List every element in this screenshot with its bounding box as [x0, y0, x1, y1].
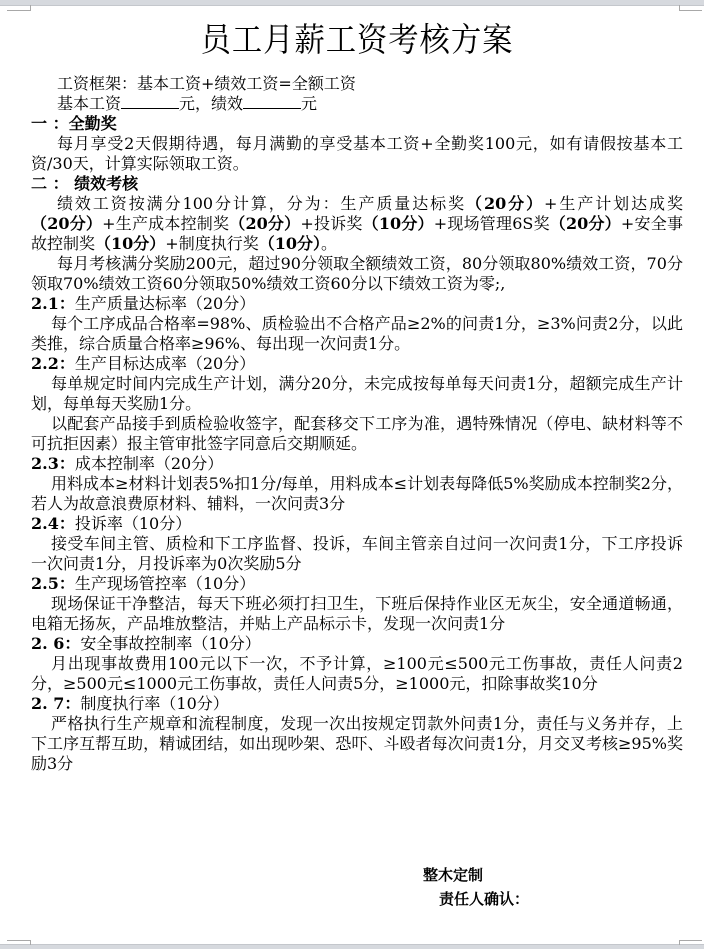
item-paragraph: 严格执行生产规章和流程制度，发现一次出按规定罚款外问责1分，责任与义务并存，上下…: [31, 714, 683, 774]
intro-text: +制度执行奖: [165, 234, 258, 253]
item-heading: 2.2：生产目标达成率（20分）: [31, 354, 683, 374]
item-paragraph: 用料成本≥材料计划表5%扣1分/每单，用料成本≤计划表每降低5%奖励成本控制奖2…: [31, 474, 683, 514]
item-heading: 2. 6：安全事故控制率（10分）: [31, 634, 683, 654]
score-weight: （20分）: [550, 214, 621, 233]
score-weight: （20分）: [229, 214, 300, 233]
item-title: 成本控制率（20分）: [75, 454, 223, 473]
intro-text: 。: [321, 234, 337, 253]
score-weight: （20分）: [31, 214, 102, 233]
unit-label: 元: [301, 94, 317, 113]
score-weight: （10分）: [95, 234, 165, 253]
score-weight: （10分）: [259, 234, 321, 253]
section-2-intro: 绩效工资按满分100分计算，分为：生产质量达标奖（20分）+生产计划达成奖（20…: [31, 194, 683, 254]
window-top-bar: [0, 0, 704, 6]
item-number: 2.4：: [31, 514, 75, 533]
item-paragraph: 月出现事故费用100元以下一次，不予计算，≥100元≤500元工伤事故，责任人问…: [31, 654, 683, 694]
intro-text: +生产计划达成奖: [544, 194, 683, 213]
item-title: 制度执行率（10分）: [80, 694, 228, 713]
item-number: 2.3：: [31, 454, 75, 473]
item-title: 生产质量达标率（20分）: [75, 294, 255, 313]
base-salary-label: 基本工资: [57, 94, 121, 113]
crop-mark-bottom-right-h: [679, 940, 702, 941]
crop-mark-top-right-h: [679, 10, 702, 11]
document-page: 员工月薪工资考核方案 工资框架：基本工资+绩效工资=全额工资 基本工资元，绩效元…: [31, 14, 683, 774]
item-heading: 2.1：生产质量达标率（20分）: [31, 294, 683, 314]
crop-mark-bottom-left-h: [7, 940, 30, 941]
item-heading: 2.3：成本控制率（20分）: [31, 454, 683, 474]
intro-text: +生产成本控制奖: [102, 214, 229, 233]
item-number: 2. 6：: [31, 634, 80, 653]
base-salary-blank[interactable]: [121, 94, 179, 109]
base-salary-line: 基本工资元，绩效元: [31, 94, 683, 114]
item-number: 2. 7：: [31, 694, 80, 713]
performance-label: 元，绩效: [179, 94, 243, 113]
crop-mark-bottom-right-v: [679, 940, 680, 945]
item-number: 2.1：: [31, 294, 75, 313]
intro-text: +投诉奖: [300, 214, 362, 233]
crop-mark-top-left-h: [7, 10, 30, 11]
company-signature: 整木定制: [423, 864, 483, 885]
salary-framework-line: 工资框架：基本工资+绩效工资=全额工资: [31, 74, 683, 94]
window-bottom-bar: [0, 944, 704, 949]
section-1-heading: 一 ：全勤奖: [31, 114, 683, 134]
assessment-items: 2.1：生产质量达标率（20分）每个工序成品合格率=98%、质检验出不合格产品≥…: [31, 294, 683, 774]
section-1-text: 每月享受2天假期待遇，每月满勤的享受基本工资+全勤奖100元，如有请假按基本工资…: [31, 134, 683, 174]
score-weight: （10分）: [363, 214, 434, 233]
item-title: 生产现场管控率（10分）: [75, 574, 255, 593]
item-paragraph: 每单规定时间内完成生产计划，满分20分，未完成按每单每天问责1分，超额完成生产计…: [31, 374, 683, 414]
item-paragraph: 接受车间主管、质检和下工序监督、投诉，车间主管亲自过问一次问责1分，下工序投诉一…: [31, 534, 683, 574]
item-number: 2.2：: [31, 354, 75, 373]
crop-mark-top-left-v: [30, 5, 31, 11]
item-heading: 2.4：投诉率（10分）: [31, 514, 683, 534]
item-title: 生产目标达成率（20分）: [75, 354, 255, 373]
item-paragraph: 现场保证干净整洁，每天下班必须打扫卫生，下班后保持作业区无灰尘，安全通道畅通，电…: [31, 594, 683, 634]
intro-text: +现场管理6S奖: [434, 214, 550, 233]
item-title: 投诉率（10分）: [75, 514, 191, 533]
section-2-heading: 二 ： 绩效考核: [31, 174, 683, 194]
responsible-person-confirm: 责任人确认：: [439, 888, 529, 909]
score-weight: （20分）: [466, 194, 544, 213]
performance-blank[interactable]: [243, 94, 301, 109]
intro-text: 绩效工资按满分100分计算，分为：生产质量达标奖: [57, 194, 466, 213]
crop-mark-top-right-v: [679, 5, 680, 11]
item-paragraph: 每个工序成品合格率=98%、质检验出不合格产品≥2%的问责1分，≥3%问责2分，…: [31, 314, 683, 354]
item-number: 2.5：: [31, 574, 75, 593]
item-title: 安全事故控制率（10分）: [80, 634, 260, 653]
document-title: 员工月薪工资考核方案: [57, 14, 657, 66]
item-heading: 2. 7：制度执行率（10分）: [31, 694, 683, 714]
item-paragraph: 以配套产品接手到质检验收签字，配套移交下工序为准，遇特殊情况（停电、缺材料等不可…: [31, 414, 683, 454]
section-2-reward-text: 每月考核满分奖励200元，超过90分领取全额绩效工资，80分领取80%绩效工资，…: [31, 254, 683, 294]
item-heading: 2.5：生产现场管控率（10分）: [31, 574, 683, 594]
crop-mark-bottom-left-v: [30, 940, 31, 945]
